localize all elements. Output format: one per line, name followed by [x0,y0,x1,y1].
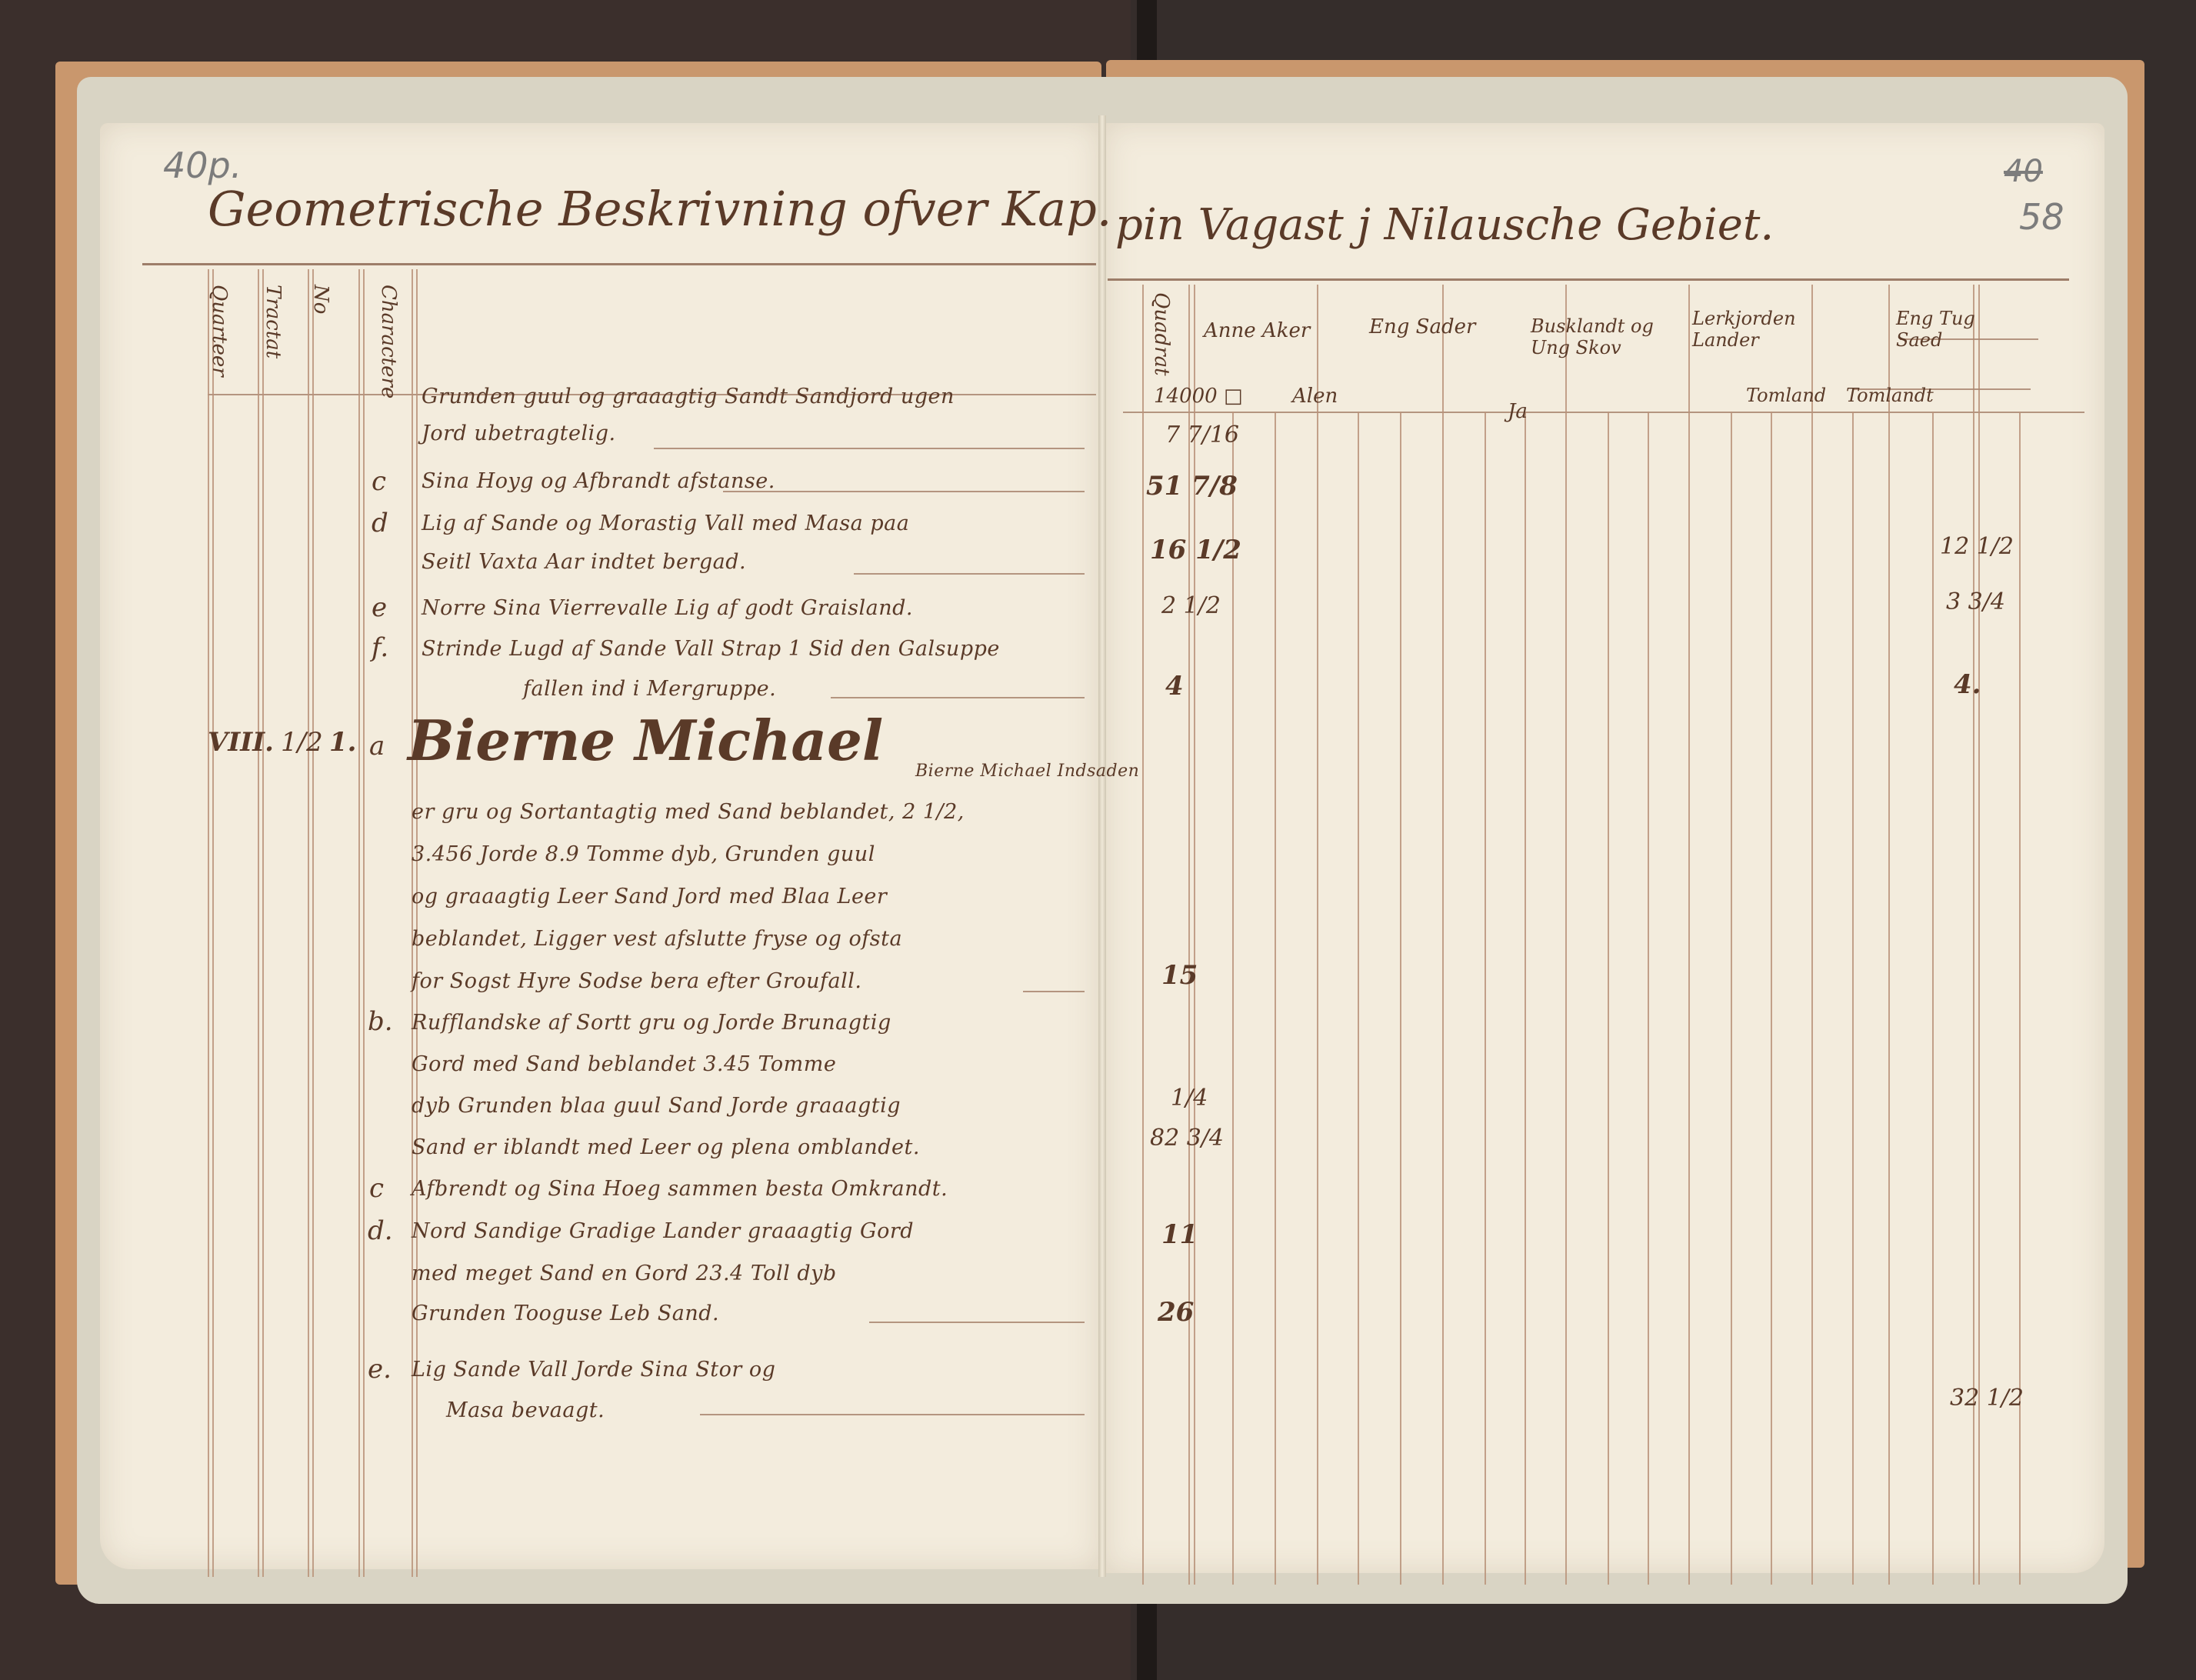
column-subheader-tomlandt: Tomlandt [1846,385,1934,406]
quadrat-value: 51 7/8 [1146,471,1238,502]
entry-line: 3.456 Jorde 8.9 Tomme dyb, Grunden guul [412,842,875,866]
column-rule [1688,285,1690,1585]
column-header-no: No [309,285,332,314]
column-rule [1400,412,1401,1585]
entry-line: Gord med Sand beblandet 3.45 Tomme [412,1052,836,1076]
entry-line: Lig Sande Vall Jorde Sina Stor og [412,1358,775,1382]
last-column-value: 32 1/2 [1950,1385,2024,1412]
entry-line: fallen ind i Mergruppe. [523,677,776,701]
entry-line: Masa bevaagt. [446,1398,605,1422]
column-rule [208,269,209,1577]
page-title-right: pin Vagast j Nilausche Gebiet. [1115,200,1774,250]
column-header-charactere: Charactere [377,285,400,398]
folio-annotation-left: 40p. [163,145,242,186]
column-rule [1565,285,1567,1585]
entry-rule [1023,991,1085,992]
column-rule [1608,412,1609,1585]
entry-letter: d [372,508,388,538]
quadrat-value: 16 1/2 [1150,535,1241,565]
title-rule-left [142,263,1096,265]
entry-line: Seitl Vaxta Aar indtet bergad. [422,550,746,574]
entry-letter: a [369,731,385,762]
quadrat-value: 4 [1165,671,1184,702]
column-rule [1358,412,1359,1585]
entry-rule [654,448,1085,449]
title-rule-right [1108,278,2069,281]
page-title-left: Geometrische Beskrivning ofver Kap. [208,181,1112,237]
binding-spine-bottom [1137,1600,1157,1680]
entry-line: Jord ubetragtelig. [422,422,616,445]
column-rule [212,269,214,1577]
entry-letter: e. [368,1354,392,1385]
column-rule [1142,285,1144,1585]
column-rule [1442,285,1444,1585]
quarter-number: VIII. [208,727,274,758]
column-rule [1771,412,1772,1585]
entry-number: 1. [329,727,357,758]
entry-letter: d. [368,1215,393,1246]
column-rule [1932,412,1934,1585]
entry-rule [700,1414,1085,1415]
column-subheader-quadrat: 14000 □ [1154,385,1243,408]
column-header-busklandt: Busklandt og Ung Skov [1531,315,1684,358]
header-rule-right [1123,412,2084,413]
entry-line: og graaagtig Leer Sand Jord med Blaa Lee… [412,885,887,908]
entry-letter: f. [372,632,388,663]
quadrat-value: 82 3/4 [1150,1125,1224,1152]
entry-line: Bierne Michael Indsaden [915,762,1139,781]
folio-annotation-right-struck: 40 [2004,154,2043,189]
quadrat-value: 7 7/16 [1165,422,1239,448]
entry-line: Lig af Sande og Morastig Vall med Masa p… [422,512,909,535]
column-rule [1317,285,1318,1585]
entry-rule [831,697,1085,698]
quadrat-value: 15 [1161,960,1198,991]
entry-line: Sand er iblandt med Leer og plena omblan… [412,1135,920,1159]
last-column-value: 4. [1954,669,1981,700]
tract-number: 1/2 [281,727,323,758]
entry-line: Sina Hoyg og Afbrandt afstanse. [422,469,775,493]
column-rule [1485,412,1486,1585]
quadrat-value: 11 [1161,1219,1198,1250]
column-rule [312,269,314,1577]
column-header-quadrat: Quadrat [1150,292,1173,376]
entry-line: Rufflandske af Sortt gru og Jorde Brunag… [412,1011,891,1035]
column-subheader-alen: Alen [1292,385,1338,408]
column-header-quarteer: Quarteer [208,285,231,377]
column-header-eng-sader: Eng Sader [1369,315,1475,338]
column-header-tractat: Tractat [262,285,285,358]
column-rule [1811,285,1813,1585]
entry-line: Nord Sandige Gradige Lander graaagtig Go… [412,1219,914,1243]
last-column-value: 3 3/4 [1946,588,2005,615]
entry-line: Grunden guul og graaagtig Sandt Sandjord… [422,385,955,408]
entry-line: Norre Sina Vierrevalle Lig af godt Grais… [422,596,913,620]
column-header-lerkjorden: Lerkjorden Lander [1692,308,1808,351]
owner-name: Bierne Michael [408,708,883,773]
column-rule [1275,412,1276,1585]
column-rule [1852,412,1854,1585]
folio-annotation-right: 58 [2019,196,2064,238]
last-column-value: 12 1/2 [1940,533,2014,560]
column-rule [258,269,259,1577]
column-rule [1731,412,1732,1585]
quadrat-value: 26 [1158,1297,1194,1328]
entry-letter: c [372,466,386,497]
entry-letter: e [372,592,387,623]
entry-line: Grunden Tooguse Leb Sand. [412,1302,719,1325]
column-subheader-ja: Ja [1508,400,1528,423]
entry-line: dyb Grunden blaa guul Sand Jorde graaagt… [412,1094,901,1118]
column-subheader-tomland: Tomland [1746,385,1826,406]
entry-letter: c [369,1173,384,1204]
column-rule [308,269,309,1577]
column-rule [262,269,264,1577]
entry-rule [854,573,1085,575]
entry-line: er gru og Sortantagtig med Sand beblande… [412,800,965,824]
column-rule [363,269,365,1577]
entry-line: for Sogst Hyre Sodse bera efter Groufall… [412,969,861,993]
column-rule [358,269,360,1577]
entry-line: Strinde Lugd af Sande Vall Strap 1 Sid d… [422,637,1000,661]
column-rule [1888,285,1890,1585]
column-rule [1648,412,1649,1585]
entry-line: med meget Sand en Gord 23.4 Toll dyb [412,1262,837,1285]
quadrat-value: 1/4 [1171,1085,1208,1112]
entry-rule [869,1322,1085,1323]
column-header-eng-tug-saed: Eng Tug Saed [1896,308,1996,351]
entry-line: Afbrendt og Sina Hoeg sammen besta Omkra… [412,1177,948,1201]
column-header-anne-aker: Anne Aker [1204,319,1310,342]
column-rule [1232,412,1234,1585]
entry-line: beblandet, Ligger vest afslutte fryse og… [412,927,902,951]
column-rule [1525,412,1526,1585]
quadrat-value: 2 1/2 [1161,592,1221,619]
book-gutter [1098,115,1106,1577]
entry-rule [723,491,1085,492]
entry-letter: b. [368,1006,393,1037]
